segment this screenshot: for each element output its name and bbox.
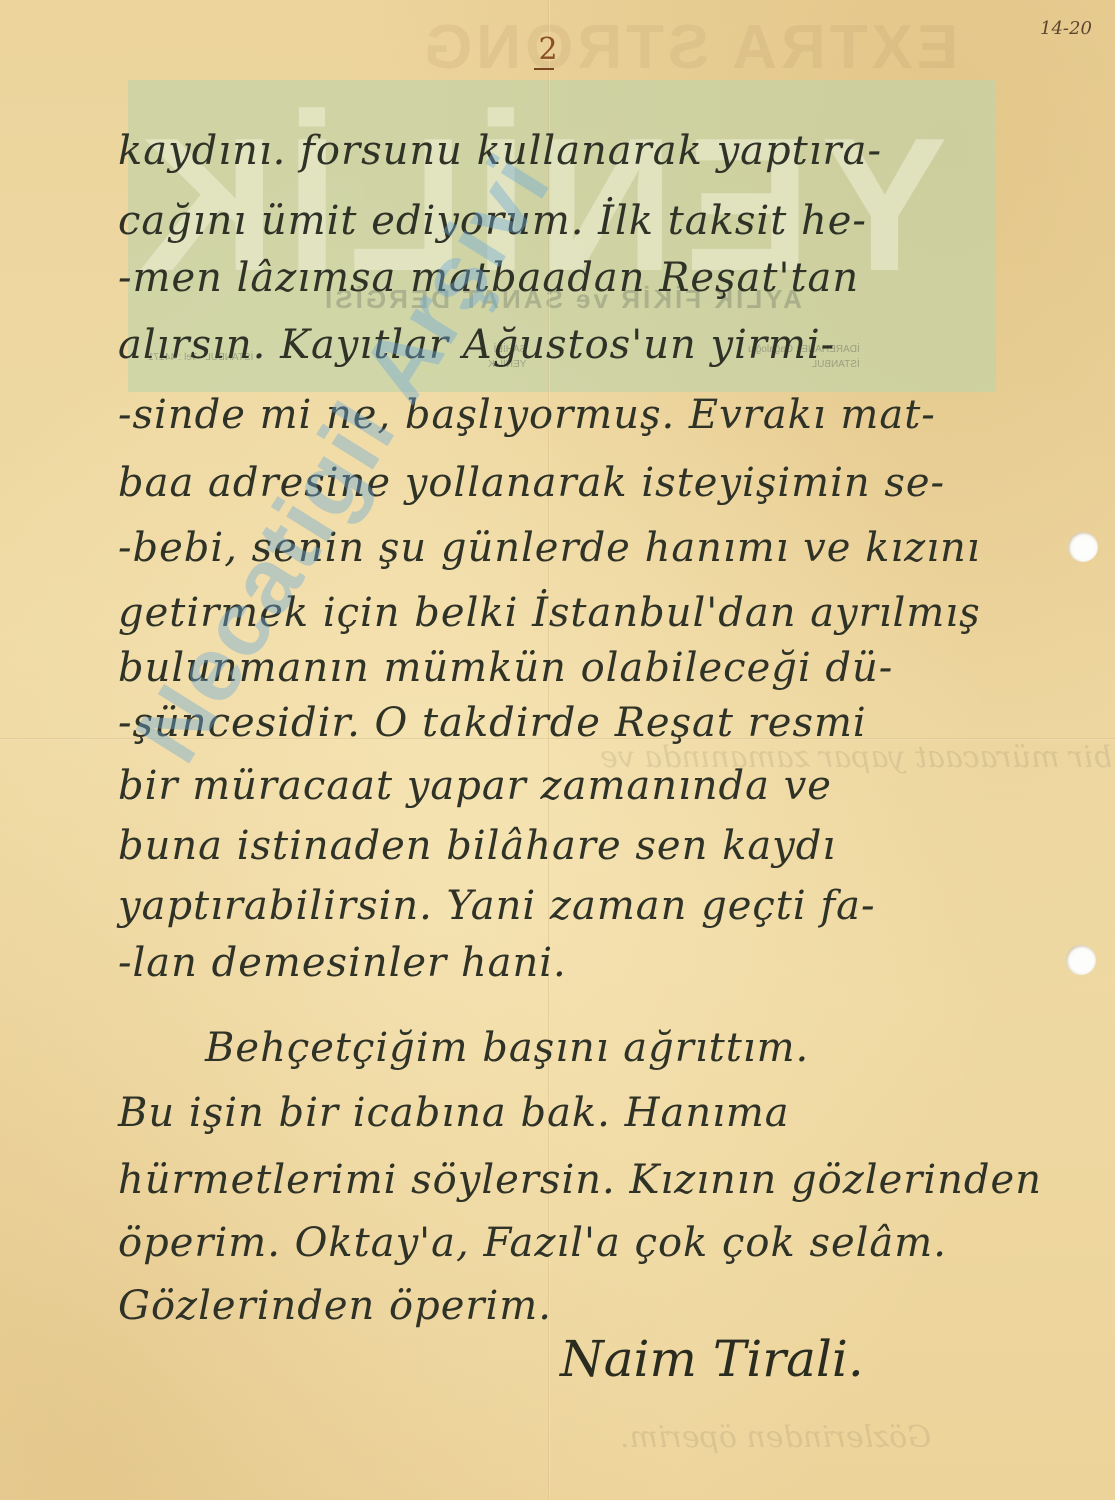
closing-line: Bu işin bir icabına bak. Hanıma (118, 1090, 790, 1136)
page-number-underline (534, 68, 554, 70)
letter-line: buna istinaden bilâhare sen kaydı (118, 823, 836, 869)
archive-reference: 14-20 (1040, 18, 1092, 39)
bleed-through-title: EXTRA STRONG (420, 12, 958, 83)
letter-page: EXTRA STRONG YENİLİK AYLIK FİKİR ve SANA… (0, 0, 1115, 1500)
letter-line: -sinde mi ne, başlıyormuş. Evrakı mat- (118, 392, 936, 438)
letter-line: -lan demesinler hani. (118, 940, 567, 986)
punch-hole-top (1068, 532, 1098, 562)
closing-line: Gözlerinden öperim. (118, 1283, 552, 1329)
letter-line: baa adresine yollanarak isteyişimin se- (118, 460, 945, 506)
letter-line: yaptırabilirsin. Yani zaman geçti fa- (118, 883, 876, 929)
punch-hole-bottom (1066, 945, 1096, 975)
closing-line: hürmetlerimi söylersin. Kızının gözlerin… (118, 1157, 1042, 1203)
closing-line: öperim. Oktay'a, Fazıl'a çok çok selâm. (118, 1220, 947, 1266)
signature: Naim Tirali. (560, 1330, 864, 1388)
letter-line: bir müracaat yapar zamanında ve (118, 763, 832, 809)
page-number: 2 (528, 32, 568, 67)
closing-line: Behçetçiğim başını ağrıttım. (205, 1025, 809, 1071)
reverse-side-bleed: Gözlerinden öperim. (620, 1420, 931, 1455)
